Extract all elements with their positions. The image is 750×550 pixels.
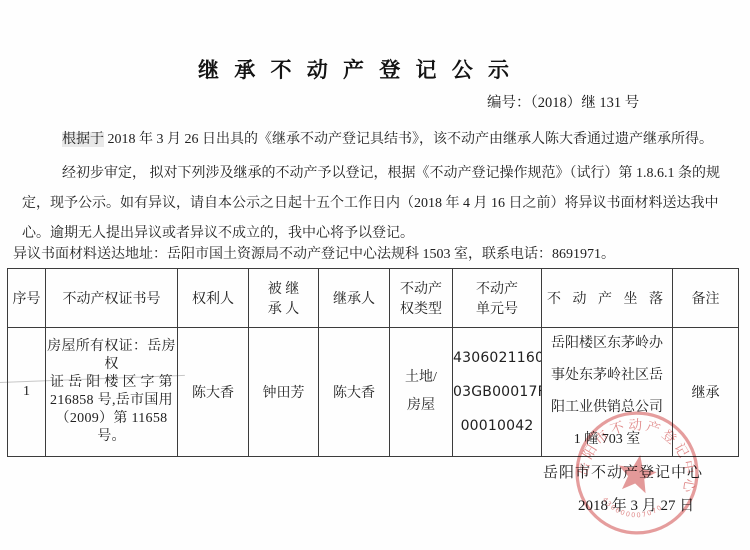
header-unit-no: 不动产 单元号 bbox=[453, 269, 542, 328]
scanned-notice-document: 继 承 不 动 产 登 记 公 示 编号：（2018）继 131 号 根据于 2… bbox=[0, 0, 750, 550]
header-cert-no: 不动产权证书号 bbox=[46, 269, 178, 328]
paragraph-2-line-2: 定，现予公示。如有异议，请自本公示之日起十五个工作日内（2018 年 4 月 1… bbox=[22, 192, 719, 212]
svg-text:430600007070: 430600007070 bbox=[599, 493, 666, 525]
star-icon bbox=[615, 452, 659, 495]
seal-serial-number: 430600007070 bbox=[599, 493, 666, 525]
cell-unit-no: 4306021160 03GB00017F 00010042 bbox=[453, 328, 542, 457]
cell-seq: 1 bbox=[8, 328, 46, 457]
paragraph-2-line-3: 心。逾期无人提出异议或者异议不成立的，我中心将予以登记。 bbox=[22, 222, 414, 242]
paragraph-1-text: 2018 年 3 月 26 日出具的《继承不动产登记具结书》，该不动产由继承人陈… bbox=[104, 132, 713, 147]
cell-heir: 陈大香 bbox=[319, 328, 390, 457]
header-heir: 继承人 bbox=[319, 269, 390, 328]
document-number: 编号：（2018）继 131 号 bbox=[487, 91, 639, 112]
official-seal: 岳阳市不动产登记中心 430600007070 bbox=[570, 406, 704, 540]
header-seq: 序号 bbox=[8, 269, 46, 328]
cell-cert-no: 房屋所有权证：岳房权 证 岳 阳 楼 区 字 第 216858 号,岳市国用 （… bbox=[46, 328, 178, 457]
header-remark: 备注 bbox=[673, 269, 739, 328]
cell-owner: 陈大香 bbox=[178, 328, 249, 457]
cell-decedent: 钟田芳 bbox=[249, 328, 319, 457]
header-type: 不动产 权类型 bbox=[390, 269, 453, 328]
header-owner: 权利人 bbox=[178, 269, 249, 328]
header-location: 不 动 产 坐 落 bbox=[542, 269, 673, 328]
paragraph-2-line-1-text: 经初步审定， 拟对下列涉及继承的不动产予以登记，根据《不动产登记操作规范》（试行… bbox=[62, 166, 720, 181]
paragraph-1: 根据于 2018 年 3 月 26 日出具的《继承不动产登记具结书》，该不动产由… bbox=[24, 128, 713, 148]
paragraph-1-highlighted-text: 根据于 bbox=[62, 132, 104, 147]
paragraph-2-line-1: 经初步审定， 拟对下列涉及继承的不动产予以登记，根据《不动产登记操作规范》（试行… bbox=[24, 162, 720, 182]
cell-type: 土地/ 房屋 bbox=[390, 328, 453, 457]
table-header-row: 序号 不动产权证书号 权利人 被 继 承 人 继承人 不动产 权类型 不动产 单… bbox=[8, 269, 739, 328]
header-decedent: 被 继 承 人 bbox=[249, 269, 319, 328]
objection-address-line: 异议书面材料送达地址：岳阳市国土资源局不动产登记中心法规科 1503 室，联系电… bbox=[13, 243, 615, 263]
page-title: 继 承 不 动 产 登 记 公 示 bbox=[0, 54, 712, 84]
